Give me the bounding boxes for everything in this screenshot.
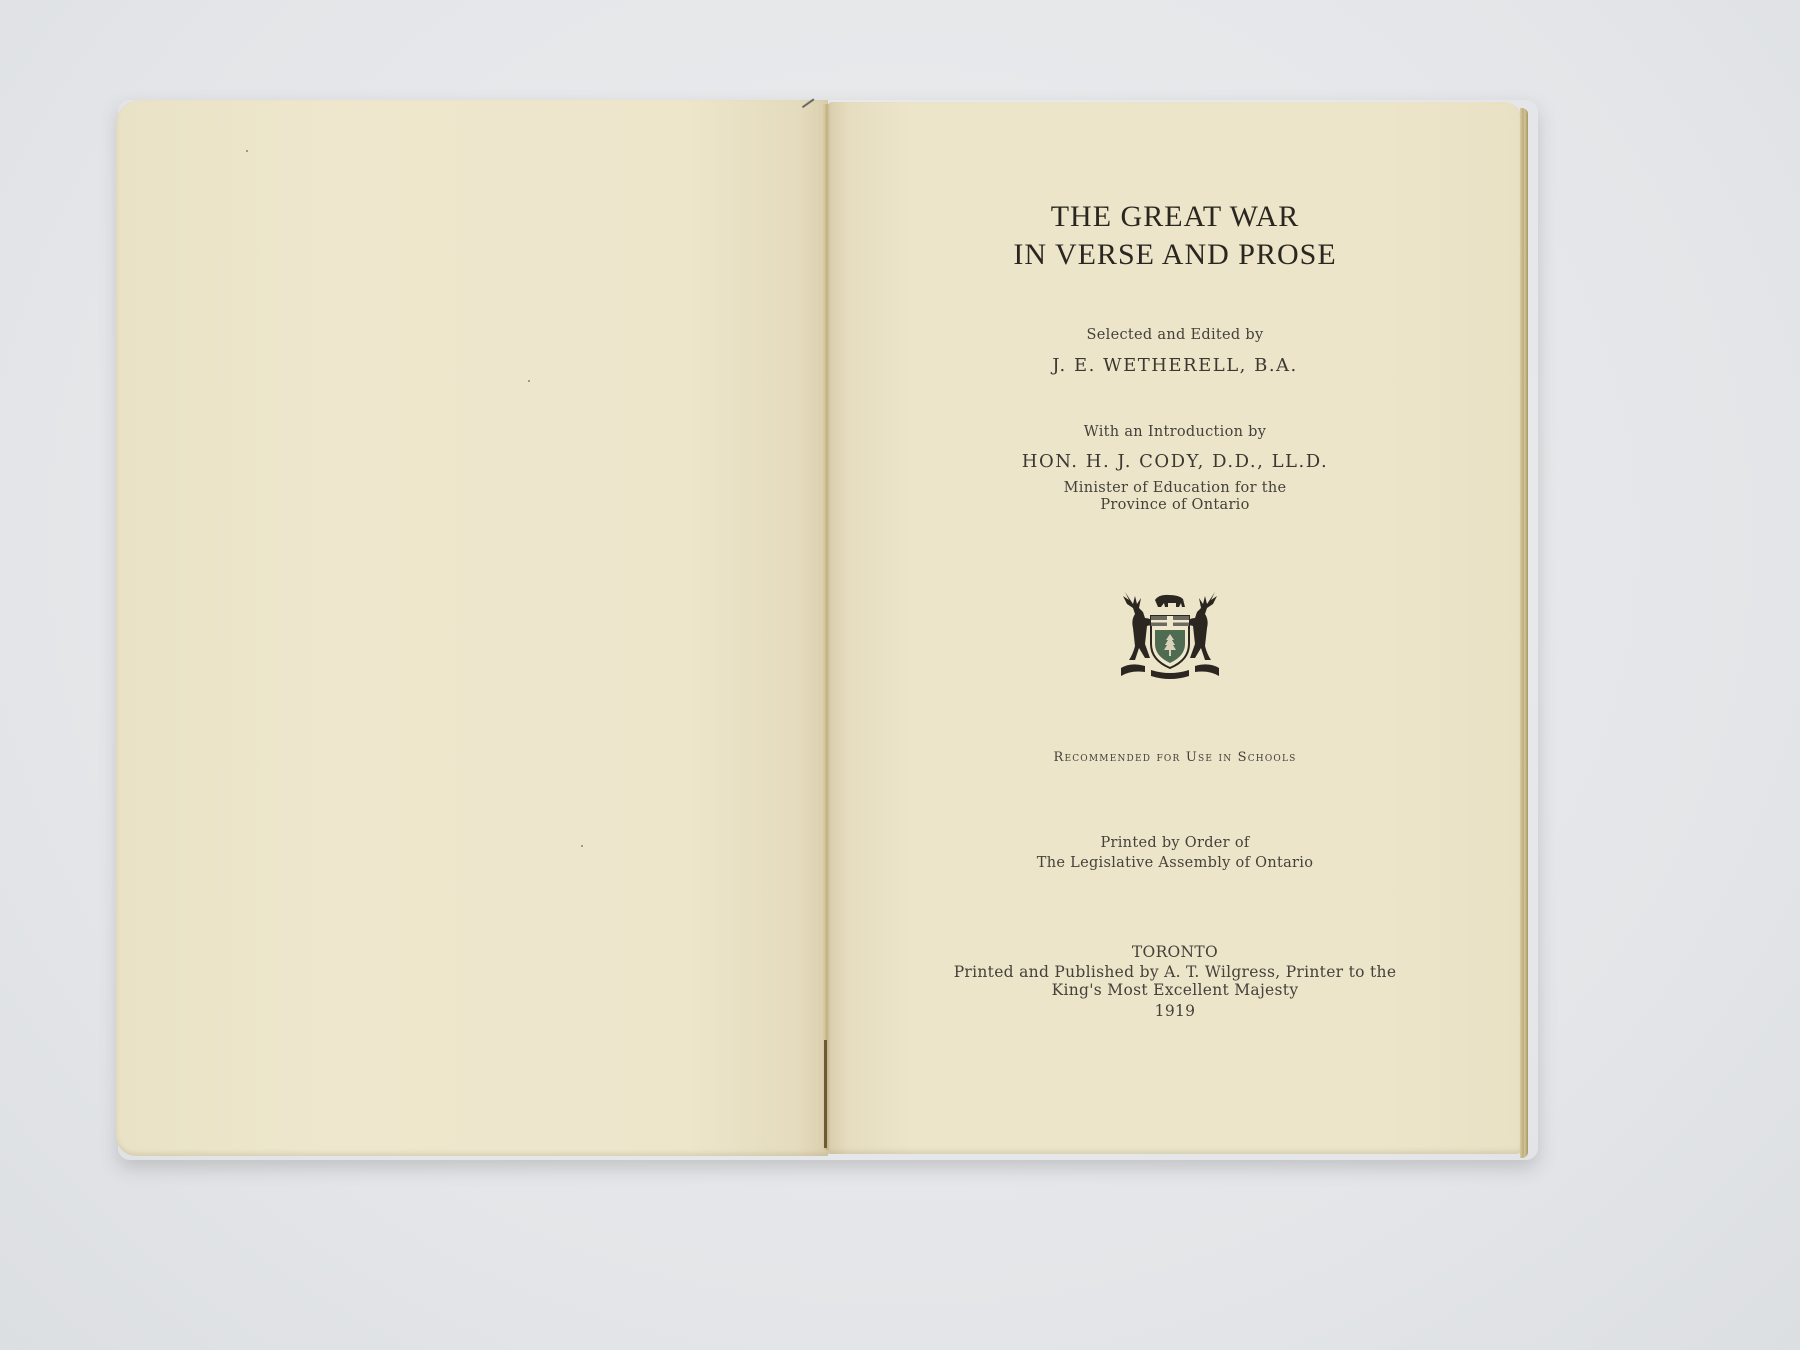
printed-by-order-line2: The Legislative Assembly of Ontario — [828, 855, 1522, 871]
author-title-line1: Minister of Education for the — [828, 480, 1522, 496]
paper-speck — [528, 380, 530, 382]
editor-name: J. E. WETHERELL, B.A. — [828, 355, 1522, 376]
book-title-line1: THE GREAT WAR — [828, 200, 1522, 234]
introduction-label: With an Introduction by — [828, 424, 1522, 440]
selected-by-label: Selected and Edited by — [828, 327, 1522, 343]
printed-by-order-line1: Printed by Order of — [828, 835, 1522, 851]
ontario-coat-of-arms-icon — [1111, 586, 1229, 682]
author-title-line2: Province of Ontario — [828, 497, 1522, 513]
paper-speck — [581, 845, 583, 847]
introduction-author: HON. H. J. CODY, D.D., LL.D. — [828, 451, 1522, 472]
book-title-line2: IN VERSE AND PROSE — [828, 238, 1522, 272]
title-page-text: THE GREAT WAR IN VERSE AND PROSE Selecte… — [828, 0, 1522, 1350]
recommendation-note: Recommended for Use in Schools — [828, 750, 1522, 765]
publication-city: TORONTO — [828, 943, 1522, 961]
publisher-line1: Printed and Published by A. T. Wilgress,… — [828, 963, 1522, 981]
publication-year: 1919 — [828, 1002, 1522, 1020]
left-page-blank — [116, 100, 828, 1156]
spine-crack — [824, 1040, 827, 1148]
paper-speck — [246, 150, 248, 152]
publisher-line2: King's Most Excellent Majesty — [828, 981, 1522, 999]
